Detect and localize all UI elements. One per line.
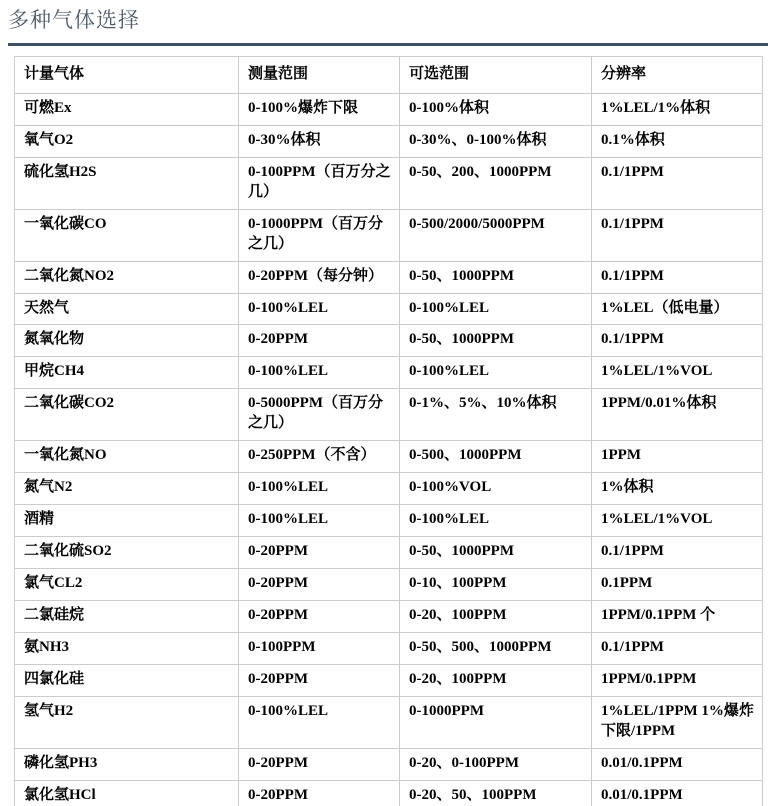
table-cell: 0-20、0-100PPM xyxy=(400,748,592,780)
table-cell: 氮氧化物 xyxy=(15,325,239,357)
table-cell: 0-1000PPM（百万分之几） xyxy=(239,209,400,261)
table-cell: 1PPM/0.01%体积 xyxy=(592,389,763,441)
table-cell: 0-100%LEL xyxy=(400,505,592,537)
table-cell: 0-100PPM xyxy=(239,632,400,664)
table-cell: 0-10、100PPM xyxy=(400,568,592,600)
table-cell: 0-5000PPM（百万分之几） xyxy=(239,389,400,441)
table-row: 氨NH30-100PPM0-50、500、1000PPM0.1/1PPM xyxy=(15,632,763,664)
table-cell: 二氯硅烷 xyxy=(15,600,239,632)
table-cell: 0.1/1PPM xyxy=(592,157,763,209)
table-row: 甲烷CH40-100%LEL0-100%LEL1%LEL/1%VOL xyxy=(15,357,763,389)
table-cell: 0-100%LEL xyxy=(239,293,400,325)
gas-selection-table: 计量气体 测量范围 可选范围 分辨率 可燃Ex0-100%爆炸下限0-100%体… xyxy=(14,56,763,806)
table-cell: 1%LEL/1%体积 xyxy=(592,93,763,125)
table-cell: 氯气CL2 xyxy=(15,568,239,600)
header-selectable-range: 可选范围 xyxy=(400,57,592,94)
table-row: 二氧化氮NO20-20PPM（每分钟）0-50、1000PPM0.1/1PPM xyxy=(15,261,763,293)
table-row: 二氧化硫SO20-20PPM0-50、1000PPM0.1/1PPM xyxy=(15,537,763,569)
table-cell: 0-100%LEL xyxy=(400,357,592,389)
table-cell: 二氧化氮NO2 xyxy=(15,261,239,293)
table-cell: 0-20、100PPM xyxy=(400,600,592,632)
table-cell: 0-20、100PPM xyxy=(400,664,592,696)
table-row: 可燃Ex0-100%爆炸下限0-100%体积1%LEL/1%体积 xyxy=(15,93,763,125)
table-cell: 0-20PPM xyxy=(239,664,400,696)
table-row: 磷化氢PH30-20PPM0-20、0-100PPM0.01/0.1PPM xyxy=(15,748,763,780)
table-cell: 0.1/1PPM xyxy=(592,209,763,261)
table-cell: 0-100%LEL xyxy=(239,357,400,389)
table-row: 氢气H20-100%LEL0-1000PPM1%LEL/1PPM 1%爆炸下限/… xyxy=(15,696,763,748)
table-row: 一氧化碳CO0-1000PPM（百万分之几）0-500/2000/5000PPM… xyxy=(15,209,763,261)
table-cell: 磷化氢PH3 xyxy=(15,748,239,780)
table-row: 氮气N20-100%LEL0-100%VOL1%体积 xyxy=(15,473,763,505)
title-underline xyxy=(8,43,768,46)
table-cell: 0-20、50、100PPM xyxy=(400,780,592,806)
table-cell: 二氧化碳CO2 xyxy=(15,389,239,441)
table-cell: 甲烷CH4 xyxy=(15,357,239,389)
table-row: 二氯硅烷0-20PPM0-20、100PPM1PPM/0.1PPM 个 xyxy=(15,600,763,632)
table-cell: 0-100PPM（百万分之几） xyxy=(239,157,400,209)
table-header-row: 计量气体 测量范围 可选范围 分辨率 xyxy=(15,57,763,94)
table-cell: 0-50、500、1000PPM xyxy=(400,632,592,664)
table-cell: 硫化氢H2S xyxy=(15,157,239,209)
table-cell: 0.1PPM xyxy=(592,568,763,600)
header-gas-name: 计量气体 xyxy=(15,57,239,94)
table-cell: 1%体积 xyxy=(592,473,763,505)
table-cell: 0.1%体积 xyxy=(592,125,763,157)
table-cell: 0-100%LEL xyxy=(239,505,400,537)
table-row: 氮氧化物0-20PPM0-50、1000PPM0.1/1PPM xyxy=(15,325,763,357)
table-cell: 0.1/1PPM xyxy=(592,632,763,664)
table-cell: 四氯化硅 xyxy=(15,664,239,696)
table-cell: 一氧化氮NO xyxy=(15,441,239,473)
table-cell: 0.1/1PPM xyxy=(592,325,763,357)
table-cell: 0-20PPM xyxy=(239,748,400,780)
page-title: 多种气体选择 xyxy=(8,4,776,34)
table-cell: 0-1000PPM xyxy=(400,696,592,748)
table-cell: 1%LEL/1%VOL xyxy=(592,505,763,537)
table-cell: 1PPM xyxy=(592,441,763,473)
table-row: 二氧化碳CO20-5000PPM（百万分之几）0-1%、5%、10%体积1PPM… xyxy=(15,389,763,441)
table-cell: 0-20PPM xyxy=(239,780,400,806)
table-cell: 1PPM/0.1PPM xyxy=(592,664,763,696)
table-cell: 0-500/2000/5000PPM xyxy=(400,209,592,261)
table-cell: 0.01/0.1PPM xyxy=(592,748,763,780)
table-row: 天然气0-100%LEL0-100%LEL1%LEL（低电量） xyxy=(15,293,763,325)
table-cell: 0-100%VOL xyxy=(400,473,592,505)
table-cell: 氧气O2 xyxy=(15,125,239,157)
table-cell: 0.1/1PPM xyxy=(592,261,763,293)
table-cell: 酒精 xyxy=(15,505,239,537)
table-row: 硫化氢H2S0-100PPM（百万分之几）0-50、200、1000PPM0.1… xyxy=(15,157,763,209)
header-measure-range: 测量范围 xyxy=(239,57,400,94)
table-cell: 氯化氢HCl xyxy=(15,780,239,806)
table-cell: 可燃Ex xyxy=(15,93,239,125)
table-cell: 0-50、200、1000PPM xyxy=(400,157,592,209)
table-cell: 氢气H2 xyxy=(15,696,239,748)
header-resolution: 分辨率 xyxy=(592,57,763,94)
table-cell: 0-1%、5%、10%体积 xyxy=(400,389,592,441)
table-row: 氯气CL20-20PPM0-10、100PPM0.1PPM xyxy=(15,568,763,600)
table-cell: 天然气 xyxy=(15,293,239,325)
table-cell: 0-50、1000PPM xyxy=(400,261,592,293)
table-cell: 二氧化硫SO2 xyxy=(15,537,239,569)
table-cell: 0-250PPM（不含） xyxy=(239,441,400,473)
table-cell: 0.01/0.1PPM xyxy=(592,780,763,806)
table-row: 氯化氢HCl0-20PPM0-20、50、100PPM0.01/0.1PPM xyxy=(15,780,763,806)
table-cell: 0-100%体积 xyxy=(400,93,592,125)
table-cell: 0-500、1000PPM xyxy=(400,441,592,473)
table-cell: 1%LEL/1PPM 1%爆炸下限/1PPM xyxy=(592,696,763,748)
table-cell: 1PPM/0.1PPM 个 xyxy=(592,600,763,632)
table-cell: 一氧化碳CO xyxy=(15,209,239,261)
table-cell: 0-100%LEL xyxy=(400,293,592,325)
table-cell: 0-100%爆炸下限 xyxy=(239,93,400,125)
table-cell: 0-100%LEL xyxy=(239,473,400,505)
table-body: 可燃Ex0-100%爆炸下限0-100%体积1%LEL/1%体积氧气O20-30… xyxy=(15,93,763,806)
table-row: 一氧化氮NO0-250PPM（不含）0-500、1000PPM1PPM xyxy=(15,441,763,473)
table-cell: 0-20PPM xyxy=(239,600,400,632)
table-cell: 0-100%LEL xyxy=(239,696,400,748)
table-cell: 1%LEL（低电量） xyxy=(592,293,763,325)
table-cell: 0.1/1PPM xyxy=(592,537,763,569)
table-row: 四氯化硅0-20PPM0-20、100PPM1PPM/0.1PPM xyxy=(15,664,763,696)
table-cell: 0-30%体积 xyxy=(239,125,400,157)
table-cell: 0-50、1000PPM xyxy=(400,325,592,357)
table-cell: 0-20PPM xyxy=(239,325,400,357)
table-cell: 0-30%、0-100%体积 xyxy=(400,125,592,157)
table-row: 氧气O20-30%体积0-30%、0-100%体积0.1%体积 xyxy=(15,125,763,157)
table-cell: 氨NH3 xyxy=(15,632,239,664)
table-cell: 氮气N2 xyxy=(15,473,239,505)
table-row: 酒精0-100%LEL0-100%LEL1%LEL/1%VOL xyxy=(15,505,763,537)
table-cell: 0-50、1000PPM xyxy=(400,537,592,569)
table-cell: 0-20PPM xyxy=(239,537,400,569)
table-cell: 0-20PPM xyxy=(239,568,400,600)
table-cell: 1%LEL/1%VOL xyxy=(592,357,763,389)
table-cell: 0-20PPM（每分钟） xyxy=(239,261,400,293)
